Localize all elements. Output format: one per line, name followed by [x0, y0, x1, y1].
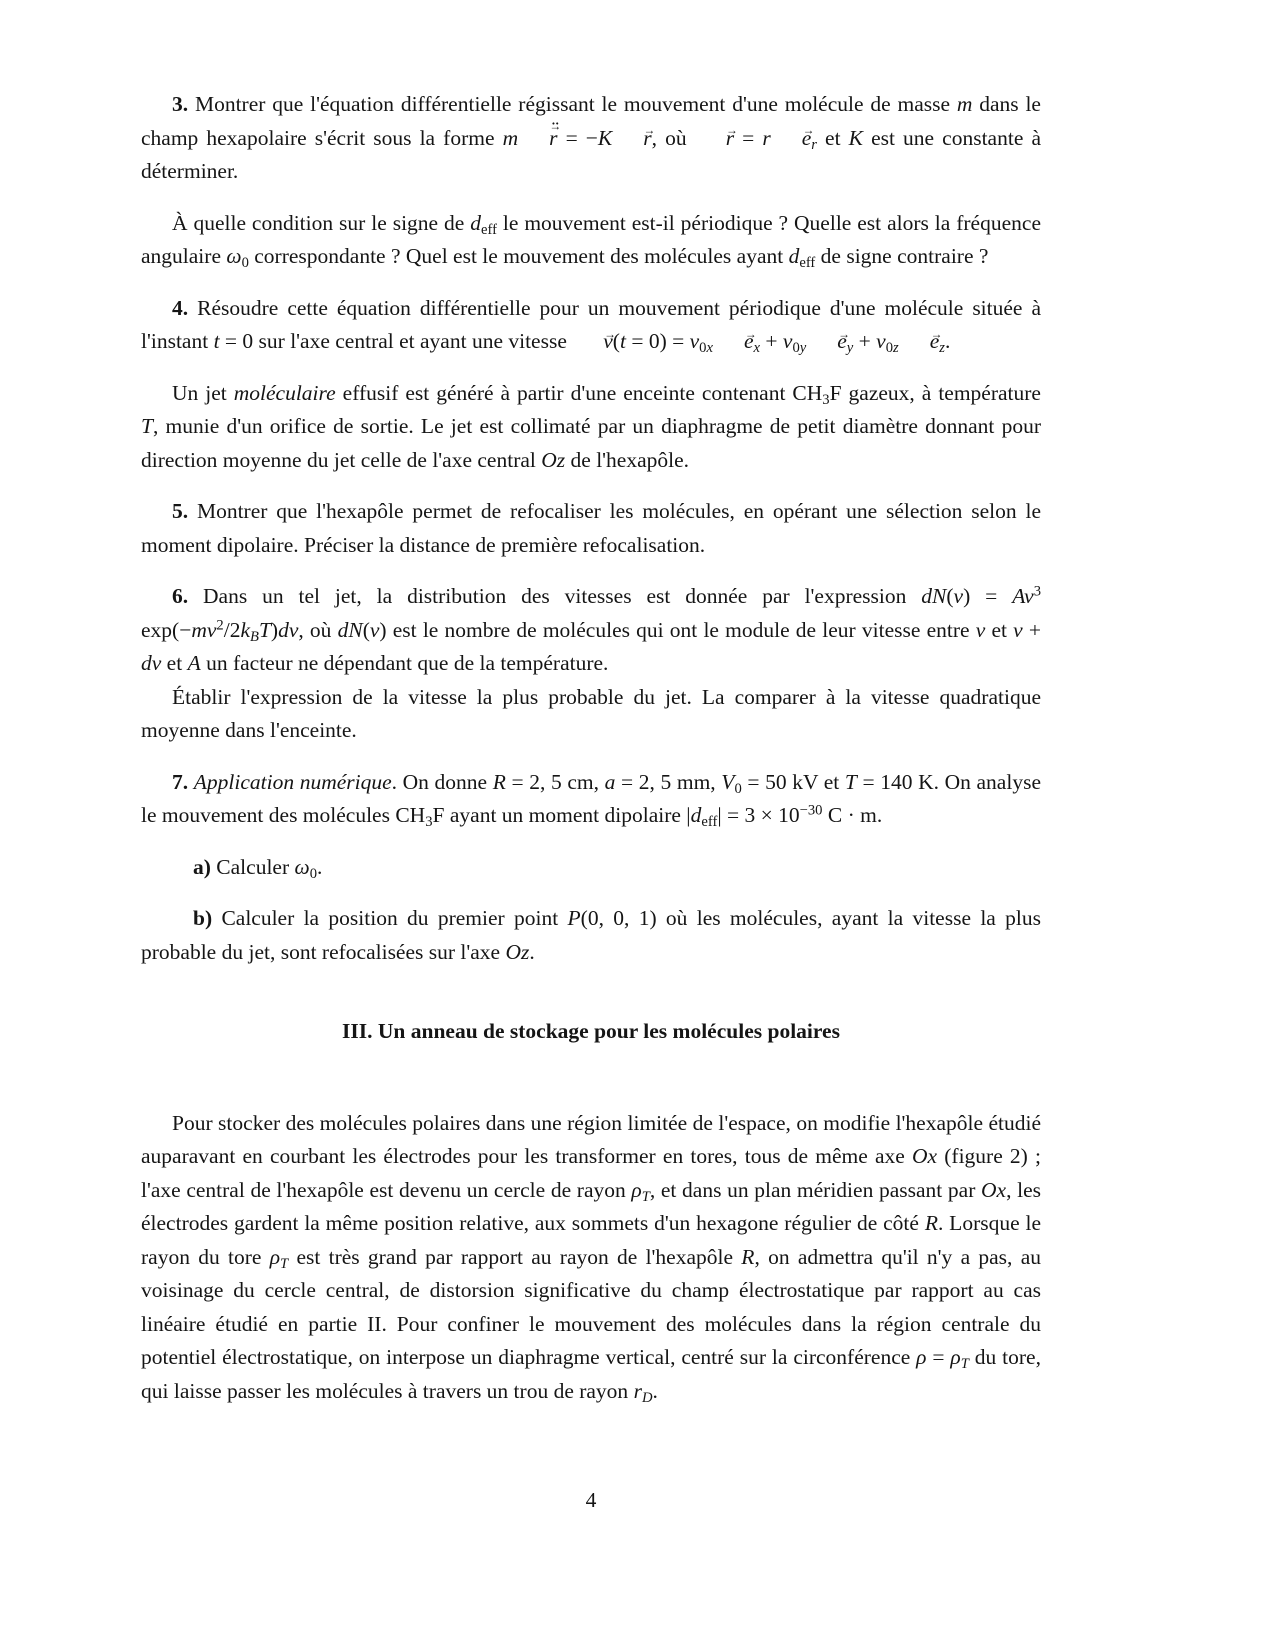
problem-4-paragraph: 4. Résoudre cette équation différentiell…: [141, 292, 1041, 359]
section-iii-heading: III. Un anneau de stockage pour les molé…: [141, 1015, 1041, 1049]
storage-ring-paragraph: Pour stocker des molécules polaires dans…: [141, 1107, 1041, 1409]
problem-7a-paragraph: a) Calculer ω0.: [141, 851, 1041, 885]
problem-3-paragraph: 3. Montrer que l'équation différentielle…: [141, 88, 1041, 189]
periodicity-question-paragraph: À quelle condition sur le signe de deff …: [141, 207, 1041, 274]
problem-7b-paragraph: b) Calculer la position du premier point…: [141, 902, 1041, 969]
molecular-jet-paragraph: Un jet moléculaire effusif est généré à …: [141, 377, 1041, 478]
problem-6-continued-paragraph: Établir l'expression de la vitesse la pl…: [141, 681, 1041, 748]
page-number: 4: [141, 1484, 1041, 1518]
problem-6-paragraph: 6. Dans un tel jet, la distribution des …: [141, 580, 1041, 681]
problem-5-paragraph: 5. Montrer que l'hexapôle permet de refo…: [141, 495, 1041, 562]
problem-7-paragraph: 7. Application numérique. On donne R = 2…: [141, 766, 1041, 833]
document-page: 3. Montrer que l'équation différentielle…: [0, 0, 1275, 1650]
